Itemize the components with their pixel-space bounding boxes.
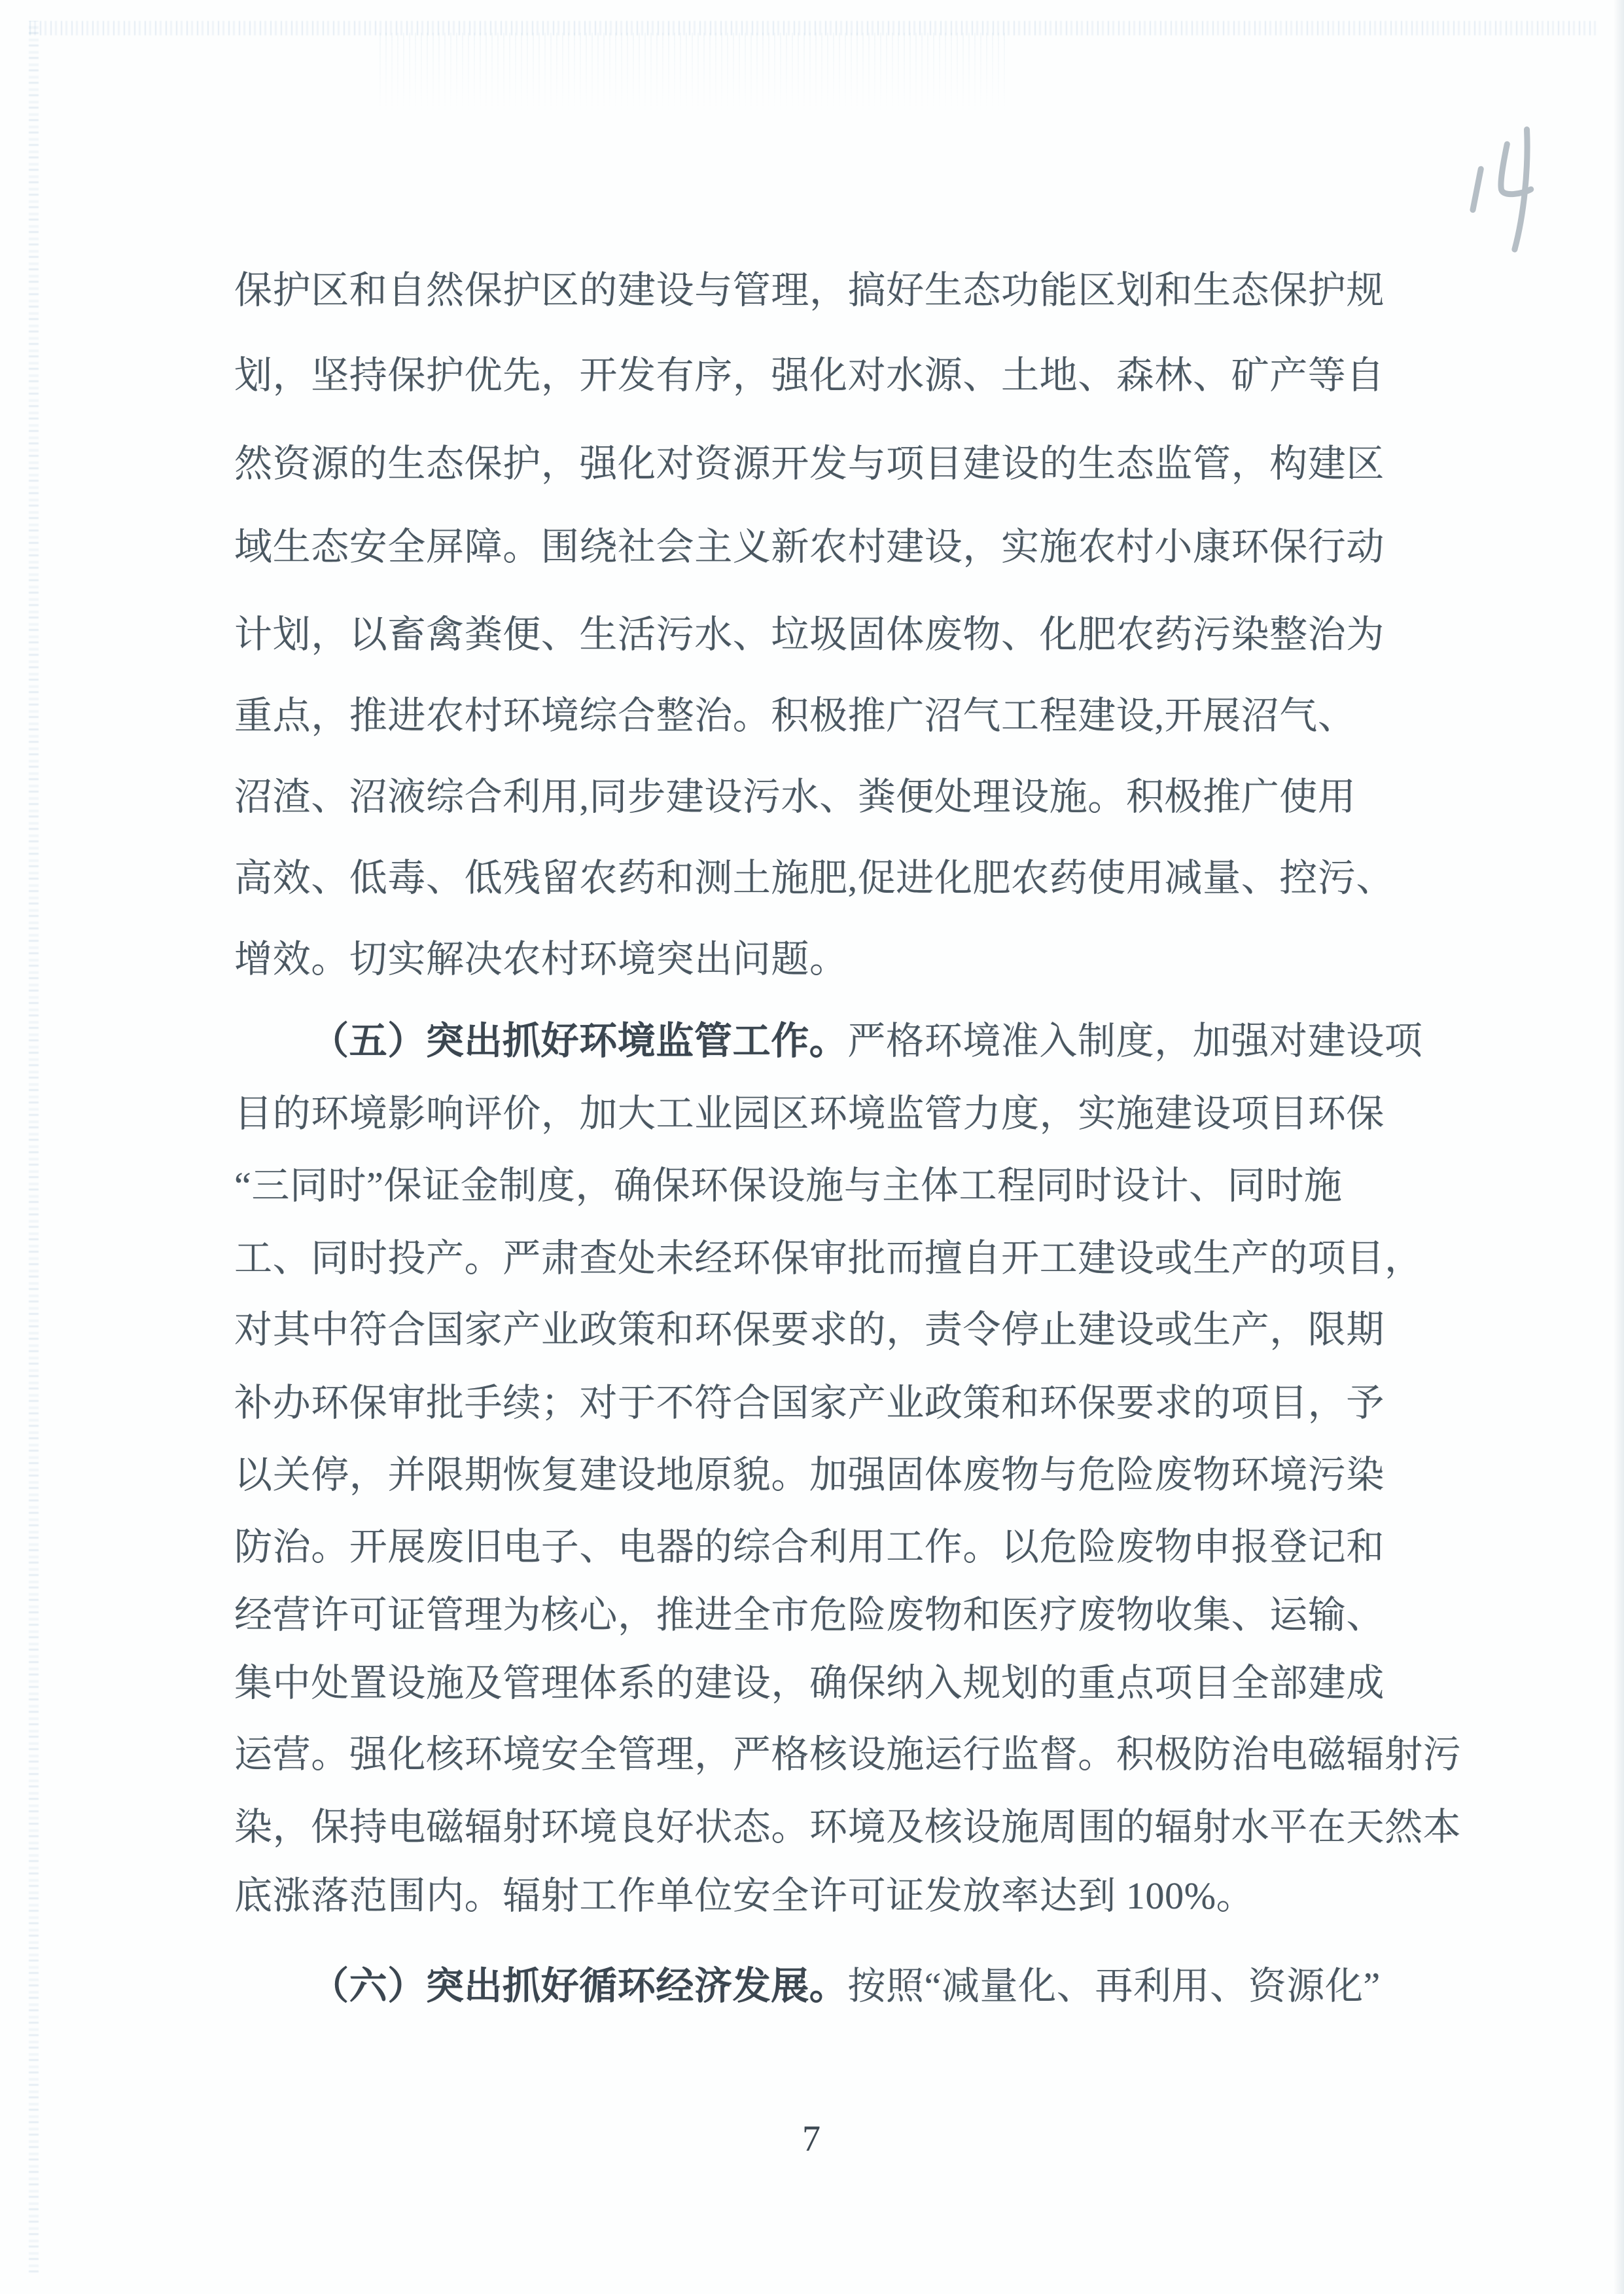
text-line-12: “三同时”保证金制度，确保环保设施与主体工程同时设计、同时施 bbox=[234, 1163, 1343, 1209]
text-line-14: 对其中符合国家产业政策和环保要求的，责令停止建设或生产，限期 bbox=[234, 1307, 1385, 1353]
line-text: “三同时”保证金制度，确保环保设施与主体工程同时设计、同时施 bbox=[234, 1164, 1343, 1207]
line-text: 集中处置设施及管理体系的建设，确保纳入规划的重点项目全部建成 bbox=[234, 1662, 1385, 1704]
page-number: 7 bbox=[779, 2118, 844, 2160]
line-text: 高效、低毒、低残留农药和测土施肥,促进化肥农药使用减量、控污、 bbox=[234, 857, 1394, 899]
text-line-7: 沼渣、沼液综合利用,同步建设污水、粪便处理设施。积极推广使用 bbox=[234, 774, 1356, 820]
line-text: 运营。强化核环境安全管理，严格核设施运行监督。积极防治电磁辐射污 bbox=[234, 1733, 1461, 1776]
paragraph-heading: （五）突出抓好环境监管工作。 bbox=[311, 1020, 847, 1062]
text-line-18: 经营许可证管理为核心，推进全市危险废物和医疗废物收集、运输、 bbox=[234, 1592, 1385, 1638]
document-page: 保护区和自然保护区的建设与管理，搞好生态功能区划和生态保护规划，坚持保护优先，开… bbox=[0, 0, 1624, 2294]
text-line-3: 然资源的生态保护，强化对资源开发与项目建设的生态监管，构建区 bbox=[234, 441, 1385, 487]
text-line-15: 补办环保审批手续；对于不符合国家产业政策和环保要求的项目，予 bbox=[234, 1380, 1385, 1426]
line-text: 以关停，并限期恢复建设地原貌。加强固体废物与危险废物环境污染 bbox=[234, 1454, 1385, 1496]
text-line-16: 以关停，并限期恢复建设地原貌。加强固体废物与危险废物环境污染 bbox=[234, 1452, 1385, 1498]
line-text: 然资源的生态保护，强化对资源开发与项目建设的生态监管，构建区 bbox=[234, 442, 1385, 485]
text-line-22: 底涨落范围内。辐射工作单位安全许可证发放率达到 100%。 bbox=[234, 1873, 1254, 1919]
line-text: 计划，以畜禽粪便、生活污水、垃圾固体废物、化肥农药污染整治为 bbox=[234, 613, 1385, 656]
text-line-21: 染，保持电磁辐射环境良好状态。环境及核设施周围的辐射水平在天然本 bbox=[234, 1804, 1461, 1850]
line-text: 工、同时投产。严肃查处未经环保审批而擅自开工建设或生产的项目， bbox=[234, 1237, 1423, 1280]
text-line-8: 高效、低毒、低残留农药和测土施肥,促进化肥农药使用减量、控污、 bbox=[234, 855, 1394, 901]
text-line-17: 防治。开展废旧电子、电器的综合利用工作。以危险废物申报登记和 bbox=[234, 1524, 1385, 1570]
line-text: 染，保持电磁辐射环境良好状态。环境及核设施周围的辐射水平在天然本 bbox=[234, 1806, 1461, 1848]
line-text: 保护区和自然保护区的建设与管理，搞好生态功能区划和生态保护规 bbox=[234, 269, 1385, 312]
text-line-19: 集中处置设施及管理体系的建设，确保纳入规划的重点项目全部建成 bbox=[234, 1660, 1385, 1706]
line-text: 重点，推进农村环境综合整治。积极推广沼气工程建设,开展沼气、 bbox=[234, 694, 1356, 737]
text-line-4: 域生态安全屏障。围绕社会主义新农村建设，实施农村小康环保行动 bbox=[234, 524, 1385, 570]
line-text: 沼渣、沼液综合利用,同步建设污水、粪便处理设施。积极推广使用 bbox=[234, 776, 1356, 818]
text-line-2: 划，坚持保护优先，开发有序，强化对水源、土地、森林、矿产等自 bbox=[234, 353, 1385, 399]
line-text: 目的环境影响评价，加大工业园区环境监管力度，实施建设项目环保 bbox=[234, 1092, 1385, 1135]
line-text: 按照“减量化、再利用、资源化” bbox=[847, 1965, 1381, 2007]
text-line-13: 工、同时投产。严肃查处未经环保审批而擅自开工建设或生产的项目， bbox=[234, 1236, 1423, 1281]
text-line-10: （五）突出抓好环境监管工作。严格环境准入制度，加强对建设项 bbox=[234, 1018, 1422, 1064]
paragraph-heading: （六）突出抓好循环经济发展。 bbox=[311, 1965, 847, 2007]
line-text: 经营许可证管理为核心，推进全市危险废物和医疗废物收集、运输、 bbox=[234, 1594, 1385, 1636]
text-line-5: 计划，以畜禽粪便、生活污水、垃圾固体废物、化肥农药污染整治为 bbox=[234, 612, 1385, 658]
line-text: 域生态安全屏障。围绕社会主义新农村建设，实施农村小康环保行动 bbox=[234, 526, 1385, 568]
text-line-6: 重点，推进农村环境综合整治。积极推广沼气工程建设,开展沼气、 bbox=[234, 693, 1356, 739]
line-text: 补办环保审批手续；对于不符合国家产业政策和环保要求的项目，予 bbox=[234, 1382, 1385, 1424]
line-text: 防治。开展废旧电子、电器的综合利用工作。以危险废物申报登记和 bbox=[234, 1526, 1385, 1568]
line-text: 增效。切实解决农村环境突出问题。 bbox=[234, 938, 848, 980]
text-line-9: 增效。切实解决农村环境突出问题。 bbox=[234, 937, 848, 982]
line-text: 对其中符合国家产业政策和环保要求的，责令停止建设或生产，限期 bbox=[234, 1308, 1385, 1351]
text-line-23: （六）突出抓好循环经济发展。按照“减量化、再利用、资源化” bbox=[234, 1963, 1381, 2009]
text-line-20: 运营。强化核环境安全管理，严格核设施运行监督。积极防治电磁辐射污 bbox=[234, 1732, 1461, 1778]
line-text: 划，坚持保护优先，开发有序，强化对水源、土地、森林、矿产等自 bbox=[234, 354, 1385, 397]
text-line-1: 保护区和自然保护区的建设与管理，搞好生态功能区划和生态保护规 bbox=[234, 268, 1385, 314]
line-text: 底涨落范围内。辐射工作单位安全许可证发放率达到 100%。 bbox=[234, 1874, 1254, 1917]
body-text: 保护区和自然保护区的建设与管理，搞好生态功能区划和生态保护规划，坚持保护优先，开… bbox=[0, 0, 1624, 2294]
text-line-11: 目的环境影响评价，加大工业园区环境监管力度，实施建设项目环保 bbox=[234, 1091, 1385, 1137]
line-text: 严格环境准入制度，加强对建设项 bbox=[847, 1020, 1422, 1062]
